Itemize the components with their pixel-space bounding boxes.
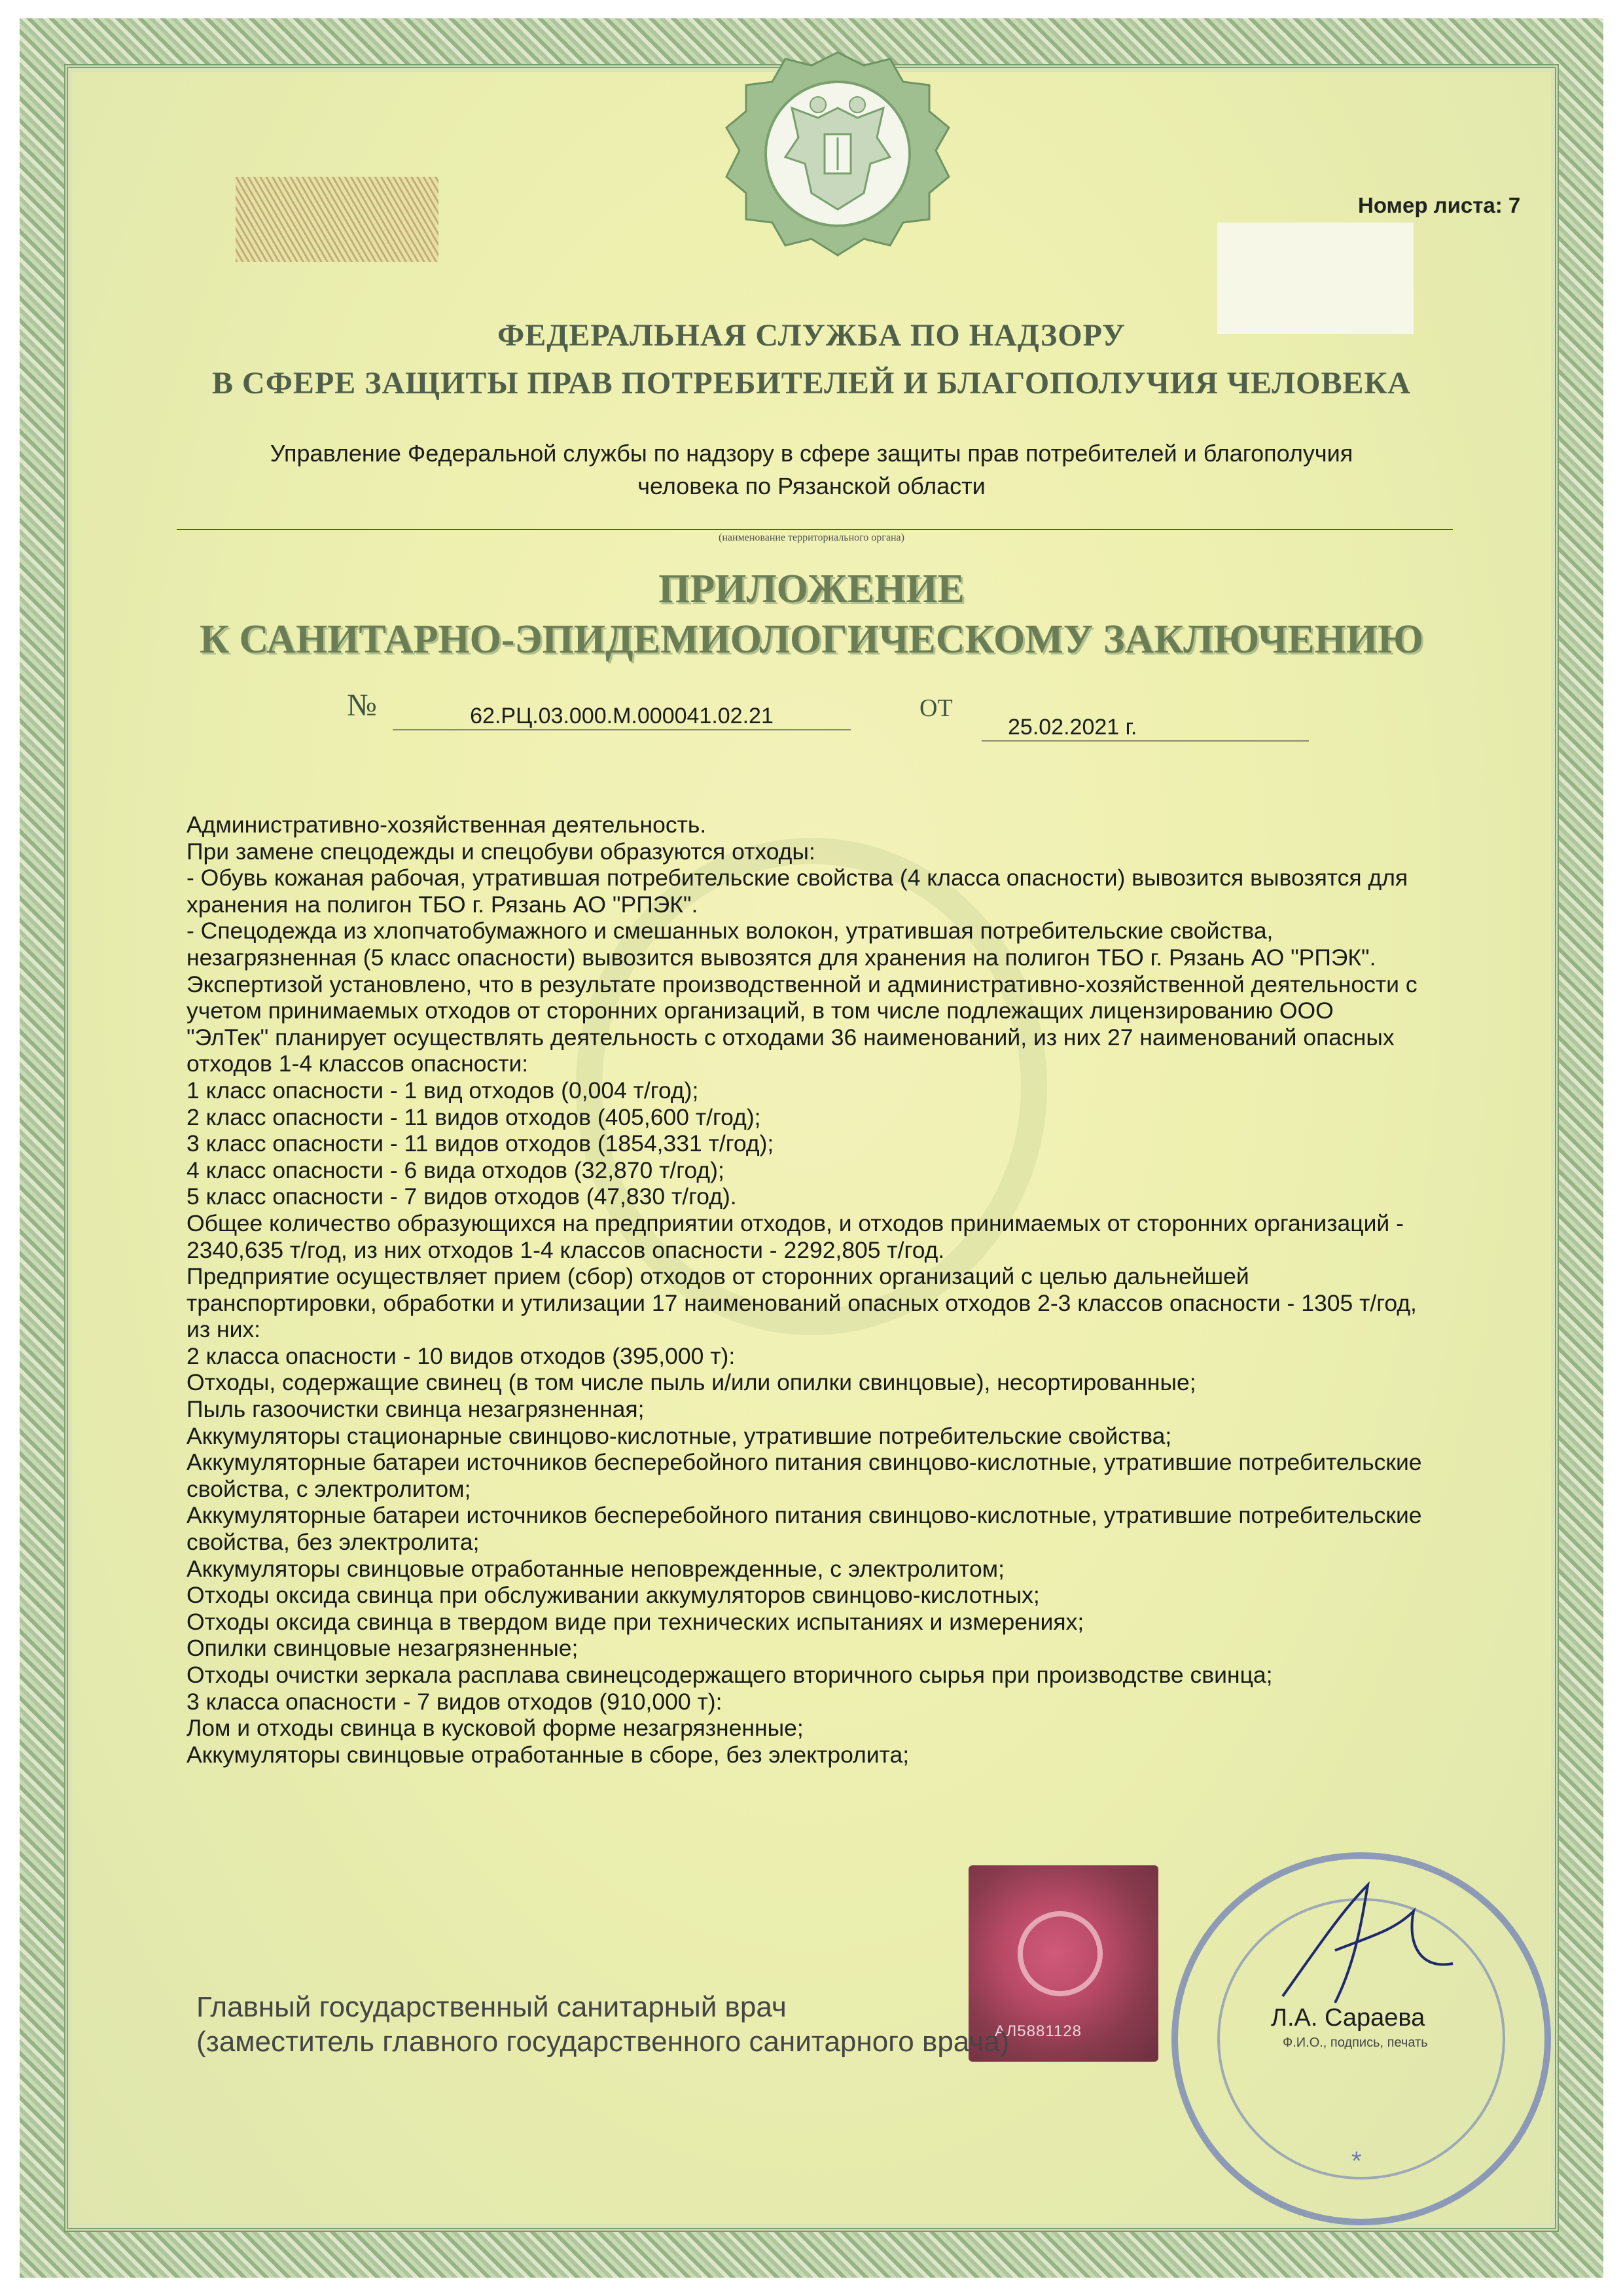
territorial-body-line1: Управление Федеральной службы по надзору… (0, 440, 1623, 467)
hologram-logo-icon (1018, 1911, 1103, 1996)
territorial-body-line2: человека по Рязанской области (0, 473, 1623, 500)
double-headed-eagle-emblem-icon (713, 46, 962, 268)
body-line: отходов 1-4 классов опасности: (187, 1050, 1561, 1077)
body-line: 5 класс опасности - 7 видов отходов (47,… (187, 1183, 1561, 1210)
body-line: учетом принимаемых отходов от сторонних … (187, 997, 1561, 1024)
body-line: 3 класса опасности - 7 видов отходов (91… (187, 1689, 1561, 1715)
agency-name-line2: В СФЕРЕ ЗАЩИТЫ ПРАВ ПОТРЕБИТЕЛЕЙ И БЛАГО… (0, 365, 1623, 401)
date-label: ОТ (919, 694, 953, 723)
body-line: Опилки свинцовые незагрязненные; (187, 1635, 1561, 1662)
body-line: из них: (187, 1316, 1561, 1343)
body-line: незагрязненная (5 класс опасности) вывоз… (187, 944, 1561, 971)
body-line: При замене спецодежды и спецобуви образу… (187, 838, 1561, 865)
body-line: транспортировки, обработки и утилизации … (187, 1290, 1561, 1317)
body-line: хранения на полигон ТБО г. Рязань АО "РП… (187, 891, 1561, 918)
body-line: Отходы оксида свинца в твердом виде при … (187, 1609, 1561, 1636)
body-line: свойства, без электролита; (187, 1529, 1561, 1556)
territorial-body-caption: (наименование территориального органа) (0, 532, 1623, 544)
body-line: 1 класс опасности - 1 вид отходов (0,004… (187, 1077, 1561, 1104)
body-line: Аккумуляторы свинцовые отработанные непо… (187, 1556, 1561, 1583)
body-line: Отходы очистки зеркала расплава свинецсо… (187, 1662, 1561, 1689)
signer-name: Л.А. Сараева (1271, 2004, 1425, 2032)
body-line: Лом и отходы свинца в кусковой форме нез… (187, 1715, 1561, 1742)
document-body: Административно-хозяйственная деятельнос… (187, 812, 1561, 1768)
body-line: Отходы, содержащие свинец (в том числе п… (187, 1369, 1561, 1396)
signature-icon (1263, 1872, 1472, 2016)
body-line: "ЭлТек" планирует осуществлять деятельно… (187, 1024, 1561, 1051)
number-label: № (347, 687, 377, 723)
agency-name-line1: ФЕДЕРАЛЬНАЯ СЛУЖБА ПО НАДЗОРУ (0, 317, 1623, 353)
signature-caption: Ф.И.О., подпись, печать (1283, 2036, 1428, 2051)
body-line: Административно-хозяйственная деятельнос… (187, 812, 1561, 838)
seal-star-icon: * (1351, 2147, 1362, 2176)
body-line: - Спецодежда из хлопчатобумажного и смеш… (187, 918, 1561, 944)
document-number: 62.РЦ.03.000.М.000041.02.21 (393, 704, 851, 730)
body-line: Аккумуляторы свинцовые отработанные в сб… (187, 1742, 1561, 1768)
body-line: Аккумуляторы стационарные свинцово-кисло… (187, 1423, 1561, 1450)
body-line: Отходы оксида свинца при обслуживании ак… (187, 1582, 1561, 1609)
body-line: 2 класс опасности - 11 видов отходов (40… (187, 1104, 1561, 1131)
document-date: 25.02.2021 г. (982, 715, 1309, 742)
security-pattern (236, 177, 438, 262)
body-line: свойства, с электролитом; (187, 1476, 1561, 1503)
body-line: 4 класс опасности - 6 вида отходов (32,8… (187, 1157, 1561, 1184)
body-line: Экспертизой установлено, что в результат… (187, 971, 1561, 998)
body-line: 2 класса опасности - 10 видов отходов (3… (187, 1343, 1561, 1370)
body-line: Пыль газоочистки свинца незагрязненная; (187, 1396, 1561, 1423)
body-line: Общее количество образующихся на предпри… (187, 1210, 1561, 1237)
body-line: - Обувь кожаная рабочая, утратившая потр… (187, 865, 1561, 891)
body-line: Предприятие осуществляет прием (сбор) от… (187, 1263, 1561, 1290)
divider (177, 529, 1453, 530)
signer-role-line2: (заместитель главного государственного с… (196, 2026, 1009, 2058)
body-line: Аккумуляторные батареи источников беспер… (187, 1449, 1561, 1476)
document-title-line1: ПРИЛОЖЕНИЕ (0, 566, 1623, 613)
sheet-number: Номер листа: 7 (1358, 193, 1520, 218)
signer-role-line1: Главный государственный санитарный врач (196, 1991, 787, 2024)
body-line: 3 класс опасности - 11 видов отходов (18… (187, 1130, 1561, 1157)
body-line: 2340,635 т/год, из них отходов 1-4 класс… (187, 1237, 1561, 1264)
body-line: Аккумуляторные батареи источников беспер… (187, 1502, 1561, 1529)
document-title-line2: К САНИТАРНО-ЭПИДЕМИОЛОГИЧЕСКОМУ ЗАКЛЮЧЕН… (0, 617, 1623, 663)
